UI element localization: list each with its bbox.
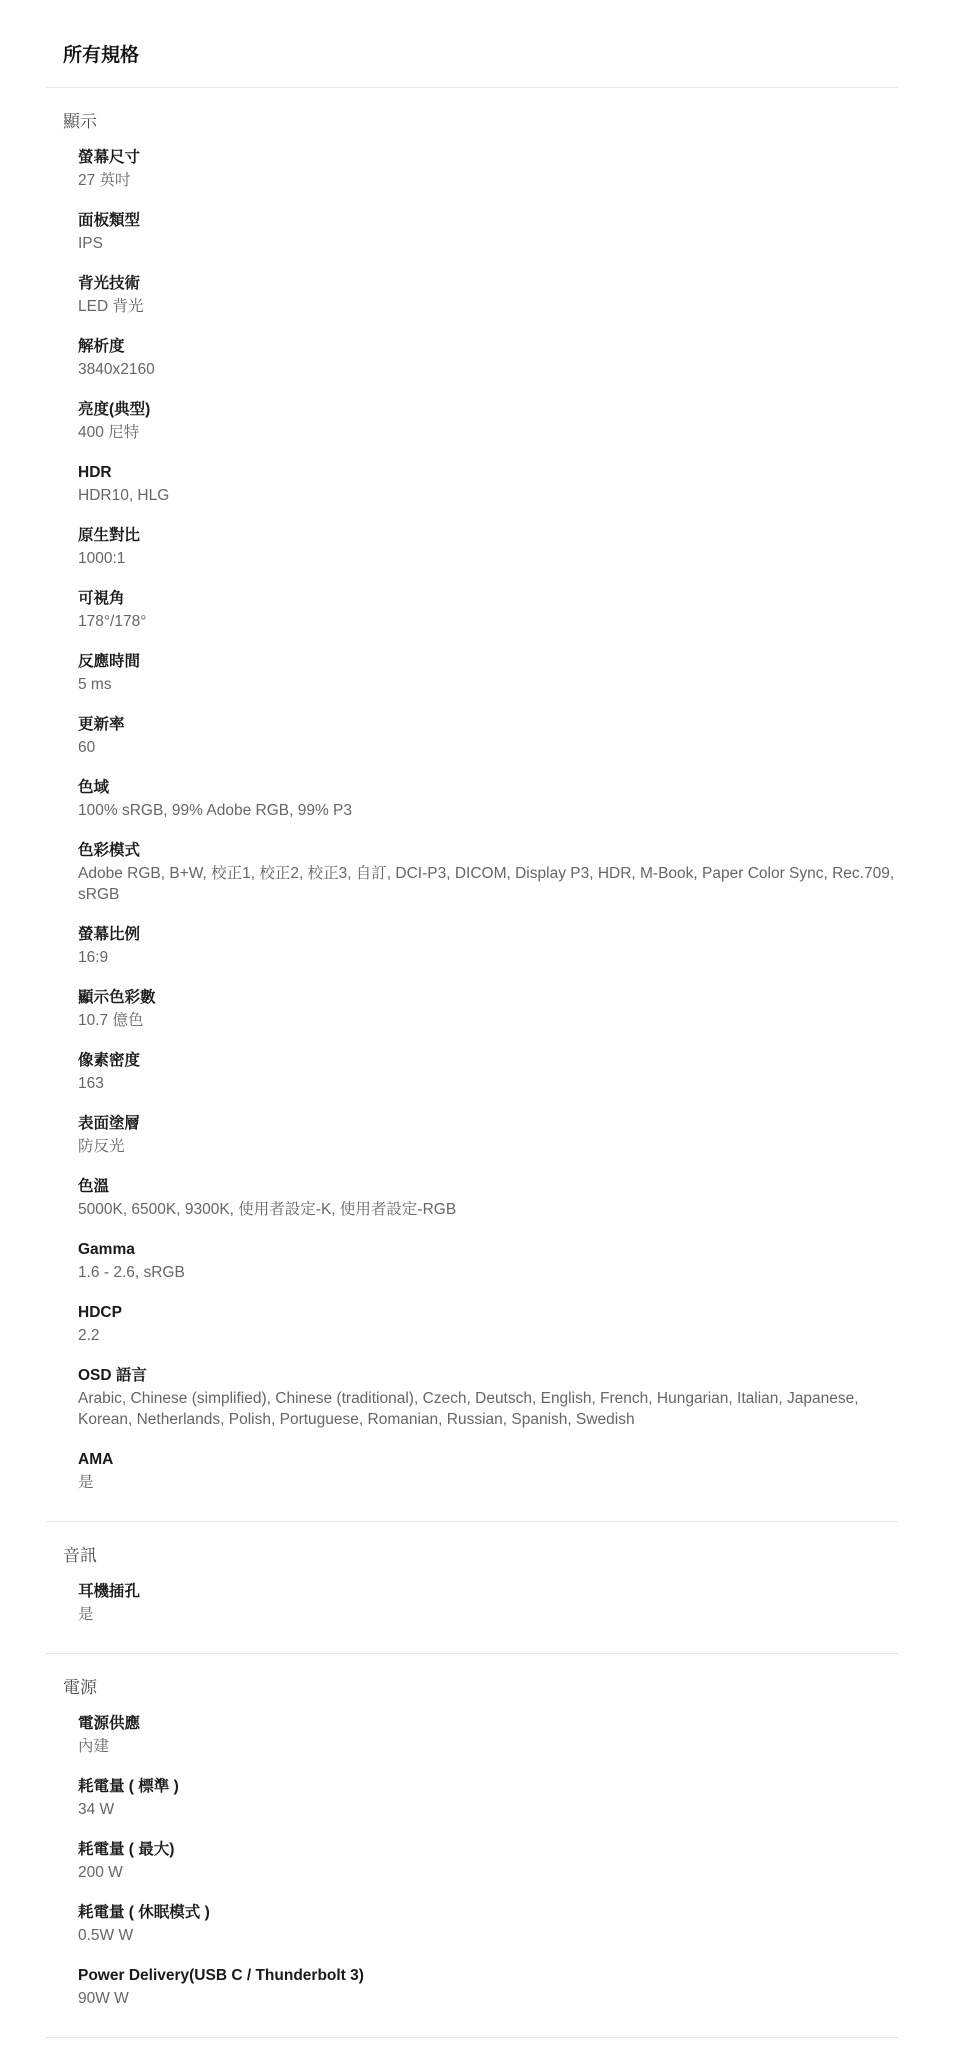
spec-item: 可視角178°/178°: [46, 587, 898, 632]
spec-item: 背光技術LED 背光: [46, 272, 898, 317]
spec-value: 1000:1: [78, 548, 896, 569]
spec-value: 400 尼特: [78, 422, 896, 443]
spec-item: 色溫5000K, 6500K, 9300K, 使用者設定-K, 使用者設定-RG…: [46, 1175, 898, 1220]
spec-item: OSD 語言Arabic, Chinese (simplified), Chin…: [46, 1364, 898, 1430]
spec-section: 電源電源供應內建耗電量 ( 標準 )34 W耗電量 ( 最大)200 W耗電量 …: [46, 1654, 898, 2037]
spec-label: Power Delivery(USB C / Thunderbolt 3): [78, 1964, 896, 1988]
spec-value: 是: [78, 1604, 896, 1625]
spec-value: 34 W: [78, 1799, 896, 1820]
spec-value: 90W W: [78, 1988, 896, 2009]
spec-label: 色溫: [78, 1175, 896, 1199]
section-title: 電源: [46, 1676, 898, 1700]
section-title: 顯示: [46, 110, 898, 134]
spec-value: IPS: [78, 233, 896, 254]
spec-label: HDR: [78, 461, 896, 485]
spec-value: HDR10, HLG: [78, 485, 896, 506]
spec-item: 耗電量 ( 休眠模式 )0.5W W: [46, 1901, 898, 1946]
section-title: 音訊: [46, 1544, 898, 1568]
spec-label: HDCP: [78, 1301, 896, 1325]
spec-label: AMA: [78, 1448, 896, 1472]
spec-label: 顯示色彩數: [78, 986, 896, 1010]
spec-item: 螢幕尺寸27 英吋: [46, 146, 898, 191]
spec-item: 電源供應內建: [46, 1712, 898, 1757]
spec-item: 耗電量 ( 標準 )34 W: [46, 1775, 898, 1820]
spec-value: 內建: [78, 1736, 896, 1757]
spec-value: 1.6 - 2.6, sRGB: [78, 1262, 896, 1283]
spec-label: 像素密度: [78, 1049, 896, 1073]
spec-value: 是: [78, 1472, 896, 1493]
spec-label: 亮度(典型): [78, 398, 896, 422]
spec-label: OSD 語言: [78, 1364, 896, 1388]
spec-value: 163: [78, 1073, 896, 1094]
spec-item: 色彩模式Adobe RGB, B+W, 校正1, 校正2, 校正3, 自訂, D…: [46, 839, 898, 905]
spec-label: 更新率: [78, 713, 896, 737]
spec-value: 2.2: [78, 1325, 896, 1346]
spec-item: 螢幕比例16:9: [46, 923, 898, 968]
spec-value: 0.5W W: [78, 1925, 896, 1946]
spec-item: 像素密度163: [46, 1049, 898, 1094]
spec-item: HDCP2.2: [46, 1301, 898, 1346]
spec-value: 60: [78, 737, 896, 758]
spec-label: 耗電量 ( 標準 ): [78, 1775, 896, 1799]
spec-item: Gamma1.6 - 2.6, sRGB: [46, 1238, 898, 1283]
spec-item: 色域100% sRGB, 99% Adobe RGB, 99% P3: [46, 776, 898, 821]
all-specs-page: 所有規格 顯示螢幕尺寸27 英吋面板類型IPS背光技術LED 背光解析度3840…: [46, 0, 898, 2049]
spec-item: 原生對比1000:1: [46, 524, 898, 569]
spec-value: 5000K, 6500K, 9300K, 使用者設定-K, 使用者設定-RGB: [78, 1199, 896, 1220]
spec-item: 表面塗層防反光: [46, 1112, 898, 1157]
spec-value: 100% sRGB, 99% Adobe RGB, 99% P3: [78, 800, 896, 821]
spec-label: 色域: [78, 776, 896, 800]
spec-item: 亮度(典型)400 尼特: [46, 398, 898, 443]
spec-item: 面板類型IPS: [46, 209, 898, 254]
spec-item: 顯示色彩數10.7 億色: [46, 986, 898, 1031]
spec-label: 色彩模式: [78, 839, 896, 863]
spec-label: 原生對比: [78, 524, 896, 548]
section-divider: [46, 2037, 898, 2038]
spec-value: 3840x2160: [78, 359, 896, 380]
spec-item: Power Delivery(USB C / Thunderbolt 3)90W…: [46, 1964, 898, 2009]
spec-label: 表面塗層: [78, 1112, 896, 1136]
spec-section: 音訊耳機插孔是: [46, 1522, 898, 1653]
spec-value: 200 W: [78, 1862, 896, 1883]
spec-label: 耳機插孔: [78, 1580, 896, 1604]
spec-label: 耗電量 ( 休眠模式 ): [78, 1901, 896, 1925]
spec-item: 耗電量 ( 最大)200 W: [46, 1838, 898, 1883]
spec-label: 面板類型: [78, 209, 896, 233]
page-title: 所有規格: [46, 43, 898, 69]
spec-item: HDRHDR10, HLG: [46, 461, 898, 506]
spec-item: 耳機插孔是: [46, 1580, 898, 1625]
spec-label: 螢幕比例: [78, 923, 896, 947]
spec-value: 5 ms: [78, 674, 896, 695]
spec-value: 防反光: [78, 1136, 896, 1157]
spec-item: 反應時間5 ms: [46, 650, 898, 695]
spec-label: 電源供應: [78, 1712, 896, 1736]
spec-label: 耗電量 ( 最大): [78, 1838, 896, 1862]
spec-label: 反應時間: [78, 650, 896, 674]
spec-sections: 顯示螢幕尺寸27 英吋面板類型IPS背光技術LED 背光解析度3840x2160…: [46, 88, 898, 2038]
spec-label: 螢幕尺寸: [78, 146, 896, 170]
spec-value: 27 英吋: [78, 170, 896, 191]
spec-value: Arabic, Chinese (simplified), Chinese (t…: [78, 1388, 896, 1430]
spec-section: 顯示螢幕尺寸27 英吋面板類型IPS背光技術LED 背光解析度3840x2160…: [46, 88, 898, 1521]
spec-item: AMA是: [46, 1448, 898, 1493]
spec-item: 解析度3840x2160: [46, 335, 898, 380]
spec-value: Adobe RGB, B+W, 校正1, 校正2, 校正3, 自訂, DCI-P…: [78, 863, 896, 905]
spec-item: 更新率60: [46, 713, 898, 758]
spec-label: Gamma: [78, 1238, 896, 1262]
spec-value: LED 背光: [78, 296, 896, 317]
spec-value: 178°/178°: [78, 611, 896, 632]
spec-label: 可視角: [78, 587, 896, 611]
spec-value: 16:9: [78, 947, 896, 968]
spec-value: 10.7 億色: [78, 1010, 896, 1031]
spec-label: 背光技術: [78, 272, 896, 296]
spec-label: 解析度: [78, 335, 896, 359]
